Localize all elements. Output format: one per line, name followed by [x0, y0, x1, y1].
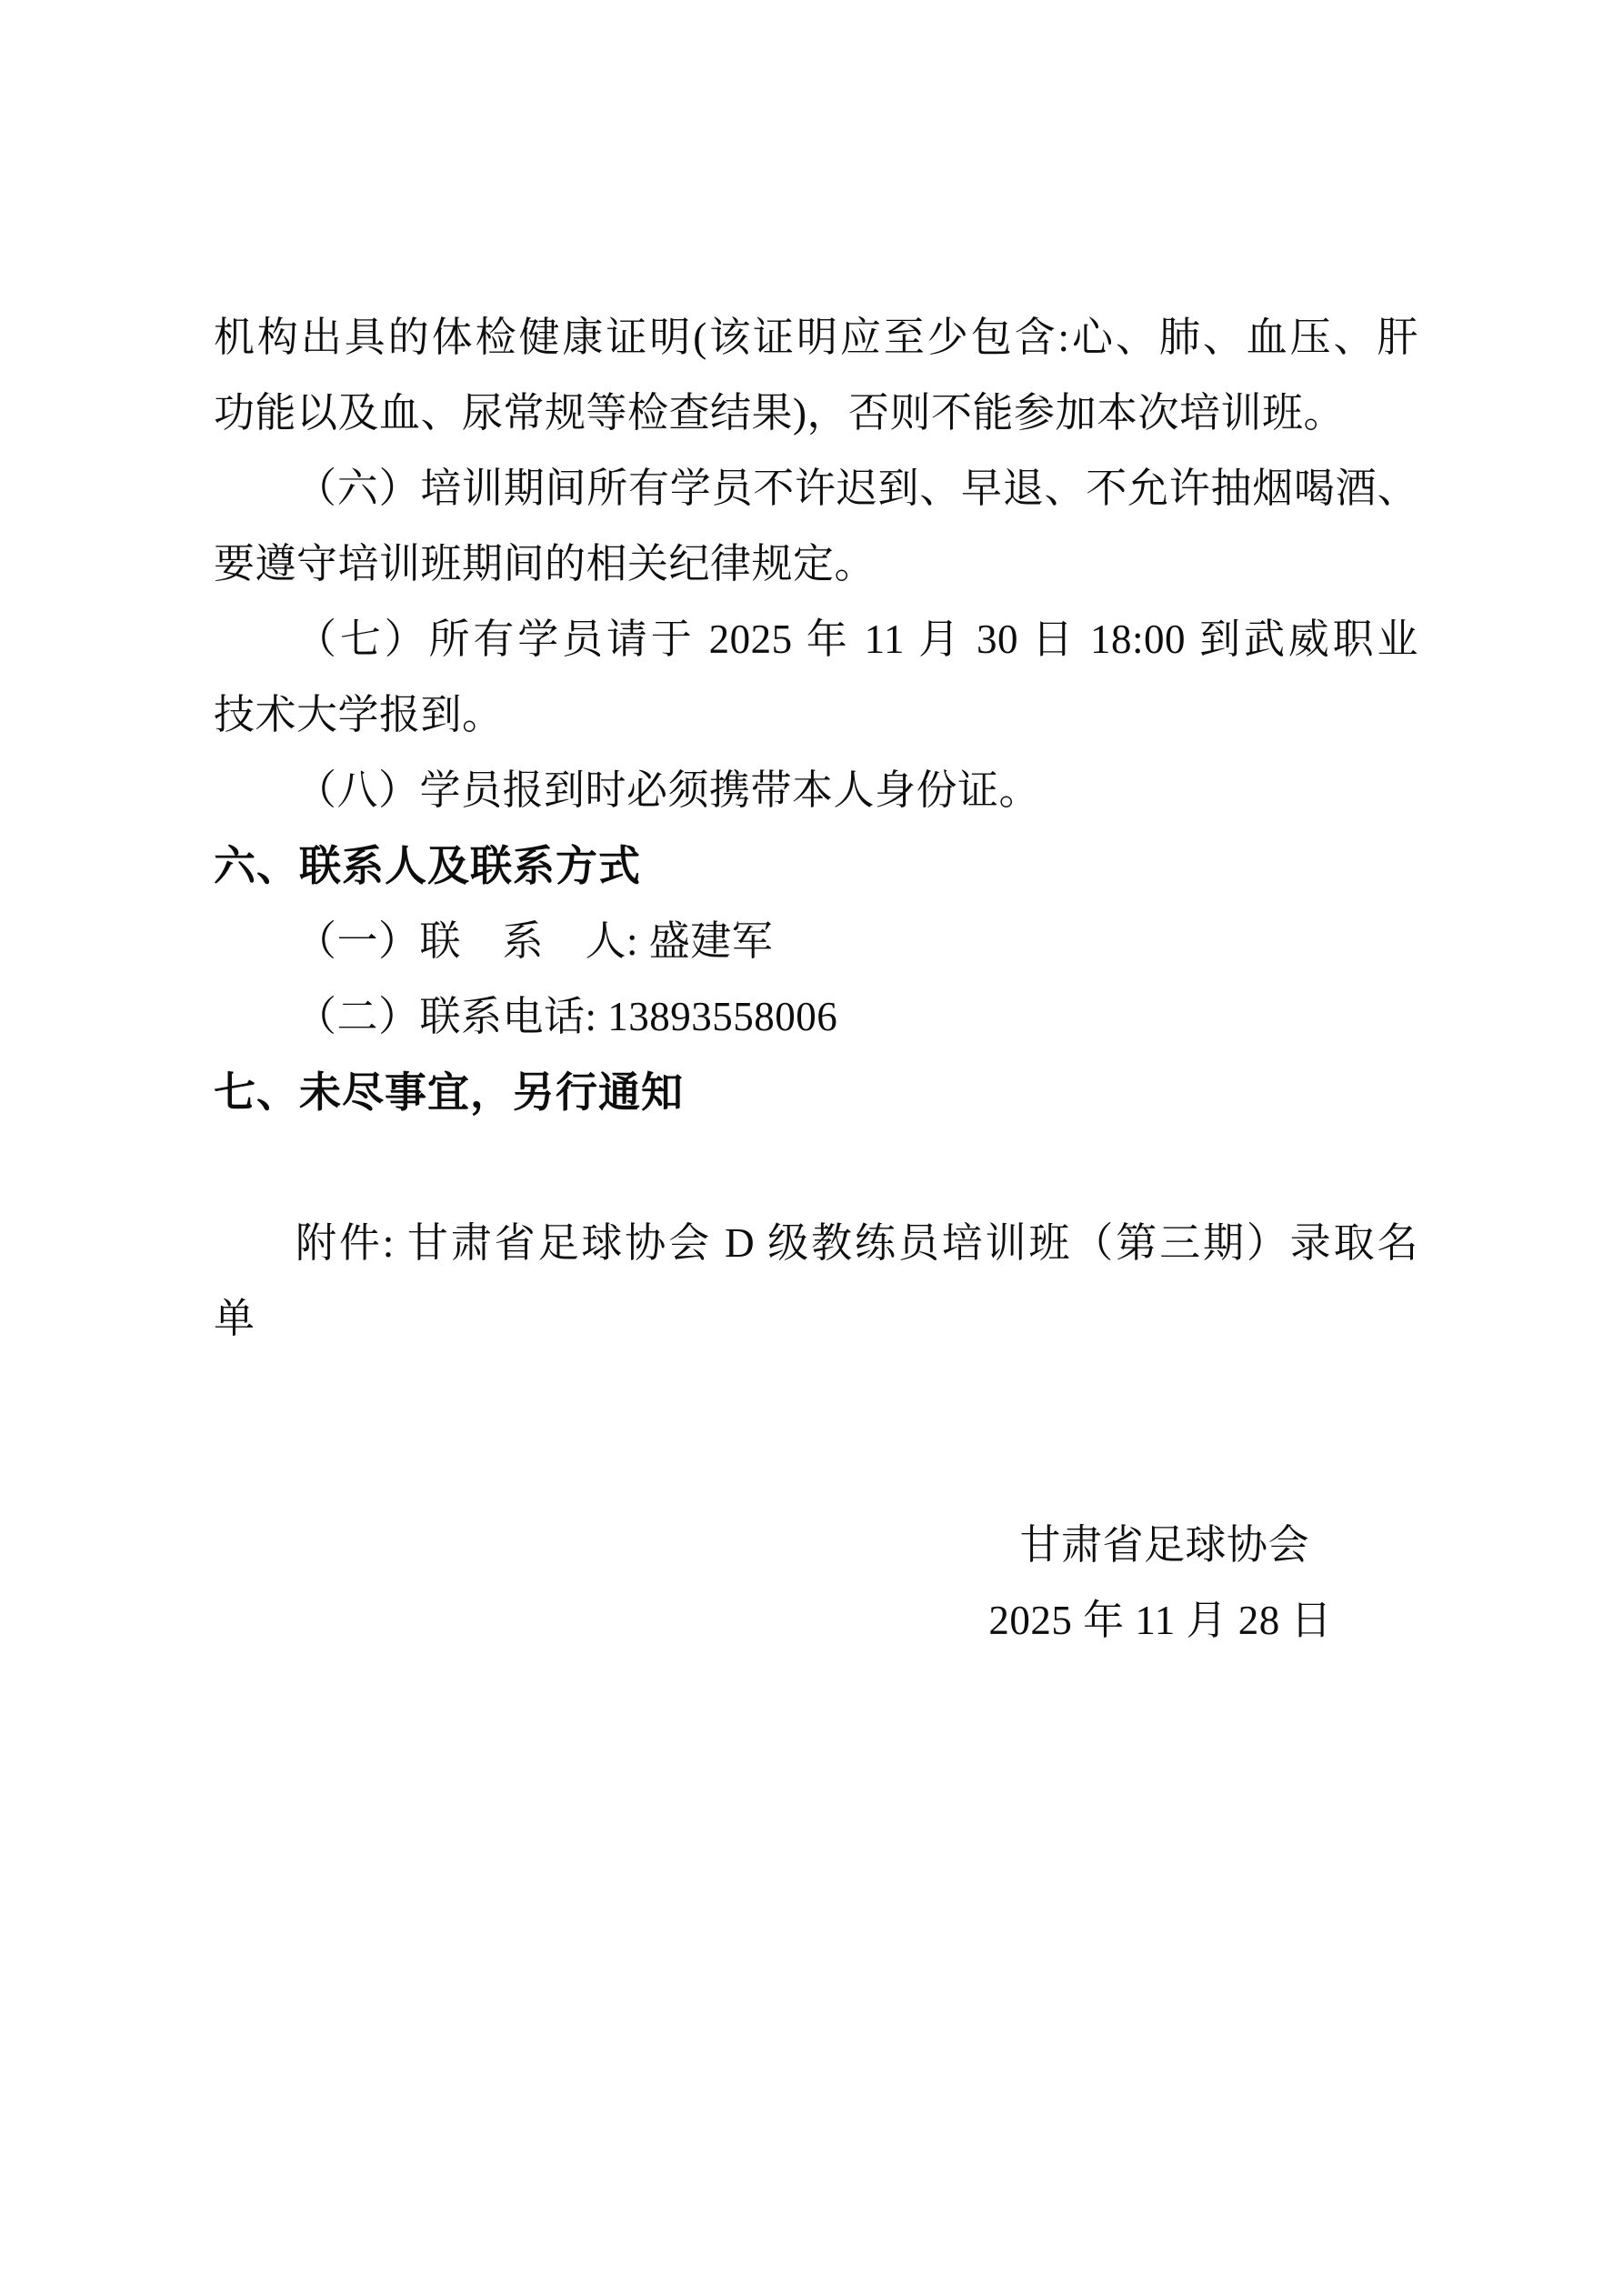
attachment-line-2: 单: [214, 1281, 1418, 1357]
blank-line: [214, 1130, 1418, 1206]
signature-org: 甘肃省足球协会: [214, 1508, 1418, 1583]
section-6-heading: 六、联系人及联系方式: [214, 828, 1418, 904]
item-8: （八）学员报到时必须携带本人身份证。: [214, 753, 1418, 828]
item-7-line-2: 技术大学报到。: [214, 677, 1418, 753]
item-6-line-2: 要遵守培训班期间的相关纪律规定。: [214, 526, 1418, 602]
attachment-line-1: 附件: 甘肃省足球协会 D 级教练员培训班（第三期）录取名: [214, 1206, 1418, 1281]
section-7-heading: 七、未尽事宜，另行通知: [214, 1055, 1418, 1130]
document-page: 机构出具的体检健康证明(该证明应至少包含:心、肺、血压、肝功能以及血、尿常规等检…: [0, 0, 1623, 2296]
item-7-line-1: （七）所有学员请于 2025 年 11 月 30 日 18:00 到武威职业: [214, 602, 1418, 677]
body-line-health-cert-2: 功能以及血、尿常规等检查结果)，否则不能参加本次培训班。: [214, 376, 1418, 451]
item-6-line-1: （六）培训期间所有学员不许迟到、早退、不允许抽烟喝酒、: [214, 451, 1418, 526]
blank-line: [214, 1357, 1418, 1432]
blank-line: [214, 1432, 1418, 1508]
contact-person: （一）联 系 人: 盛建军: [214, 904, 1418, 979]
contact-phone: （二）联系电话: 13893558006: [214, 979, 1418, 1055]
document-body: 机构出具的体检健康证明(该证明应至少包含:心、肺、血压、肝功能以及血、尿常规等检…: [214, 300, 1418, 1659]
signature-date: 2025 年 11 月 28 日: [214, 1583, 1418, 1659]
body-line-health-cert-1: 机构出具的体检健康证明(该证明应至少包含:心、肺、血压、肝: [214, 300, 1418, 376]
